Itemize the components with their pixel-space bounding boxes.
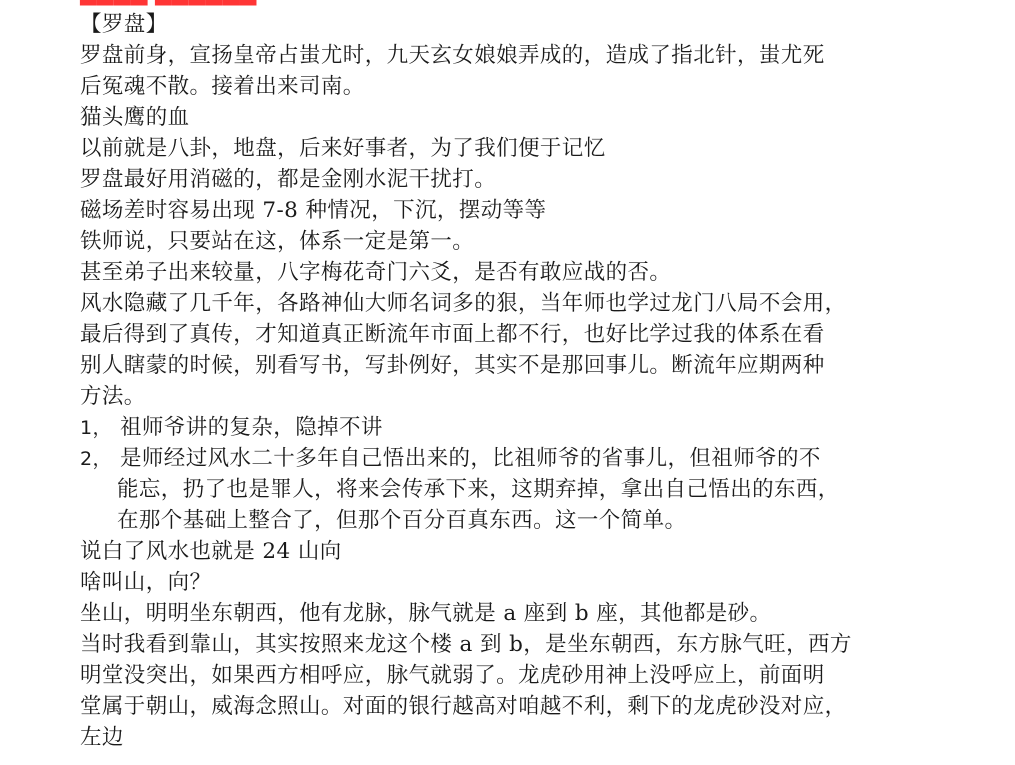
text-line: 左边 bbox=[80, 722, 930, 753]
text-line: 堂属于朝山，威海念照山。对面的银行越高对咱越不利，剩下的龙虎砂没对应， bbox=[80, 691, 930, 722]
text-line: 以前就是八卦，地盘，后来好事者，为了我们便于记忆 bbox=[80, 133, 930, 164]
text-line: 猫头鹰的血 bbox=[80, 102, 930, 133]
text-line: 说白了风水也就是 24 山向 bbox=[80, 536, 930, 567]
list-item-2-continuation: 能忘，扔了也是罪人，将来会传承下来，这期弃掉，拿出自己悟出的东西， bbox=[80, 474, 930, 505]
text-line: 罗盘最好用消磁的，都是金刚水泥干扰打。 bbox=[80, 164, 930, 195]
list-number: 2， bbox=[80, 444, 120, 475]
text-line: 磁场差时容易出现 7-8 种情况，下沉，摆动等等 bbox=[80, 195, 930, 226]
list-number: 1， bbox=[80, 413, 120, 444]
numbered-list: 1，祖师爷讲的复杂，隐掉不讲 2，是师经过风水二十多年自己悟出来的，比祖师爷的省… bbox=[80, 412, 930, 536]
list-text: 是师经过风水二十多年自己悟出来的，比祖师爷的省事儿，但祖师爷的不 bbox=[120, 446, 821, 471]
list-text: 祖师爷讲的复杂，隐掉不讲 bbox=[120, 415, 383, 440]
text-line: 明堂没突出，如果西方相呼应，脉气就弱了。龙虎砂用神上没呼应上，前面明 bbox=[80, 660, 930, 691]
text-line: 方法。 bbox=[80, 381, 930, 412]
list-item-1: 1，祖师爷讲的复杂，隐掉不讲 bbox=[80, 412, 930, 443]
text-line: 铁师说，只要站在这，体系一定是第一。 bbox=[80, 226, 930, 257]
list-item-2: 2，是师经过风水二十多年自己悟出来的，比祖师爷的省事儿，但祖师爷的不 bbox=[80, 443, 930, 474]
text-line: 甚至弟子出来较量，八字梅花奇门六爻，是否有敢应战的否。 bbox=[80, 257, 930, 288]
text-line: 罗盘前身，宣扬皇帝占蚩尤时，九天玄女娘娘弄成的，造成了指北针，蚩尤死 bbox=[80, 40, 930, 71]
text-line: 啥叫山，向？ bbox=[80, 567, 930, 598]
text-line: 别人瞎蒙的时候，别看写书，写卦例好，其实不是那回事儿。断流年应期两种 bbox=[80, 350, 930, 381]
section-title: 【罗盘】 bbox=[80, 9, 930, 40]
document-page: ████ ██████ 【罗盘】 罗盘前身，宣扬皇帝占蚩尤时，九天玄女娘娘弄成的… bbox=[80, 0, 930, 753]
text-line: 风水隐藏了几千年，各路神仙大师名词多的狠，当年师也学过龙门八局不会用， bbox=[80, 288, 930, 319]
text-line: 后冤魂不散。接着出来司南。 bbox=[80, 71, 930, 102]
clipped-header: ████ ██████ bbox=[80, 0, 930, 9]
text-line: 坐山，明明坐东朝西，他有龙脉，脉气就是 a 座到 b 座，其他都是砂。 bbox=[80, 598, 930, 629]
list-item-2-continuation: 在那个基础上整合了，但那个百分百真东西。这一个简单。 bbox=[80, 505, 930, 536]
text-line: 当时我看到靠山，其实按照来龙这个楼 a 到 b，是坐东朝西，东方脉气旺，西方 bbox=[80, 629, 930, 660]
text-line: 最后得到了真传，才知道真正断流年市面上都不行，也好比学过我的体系在看 bbox=[80, 319, 930, 350]
